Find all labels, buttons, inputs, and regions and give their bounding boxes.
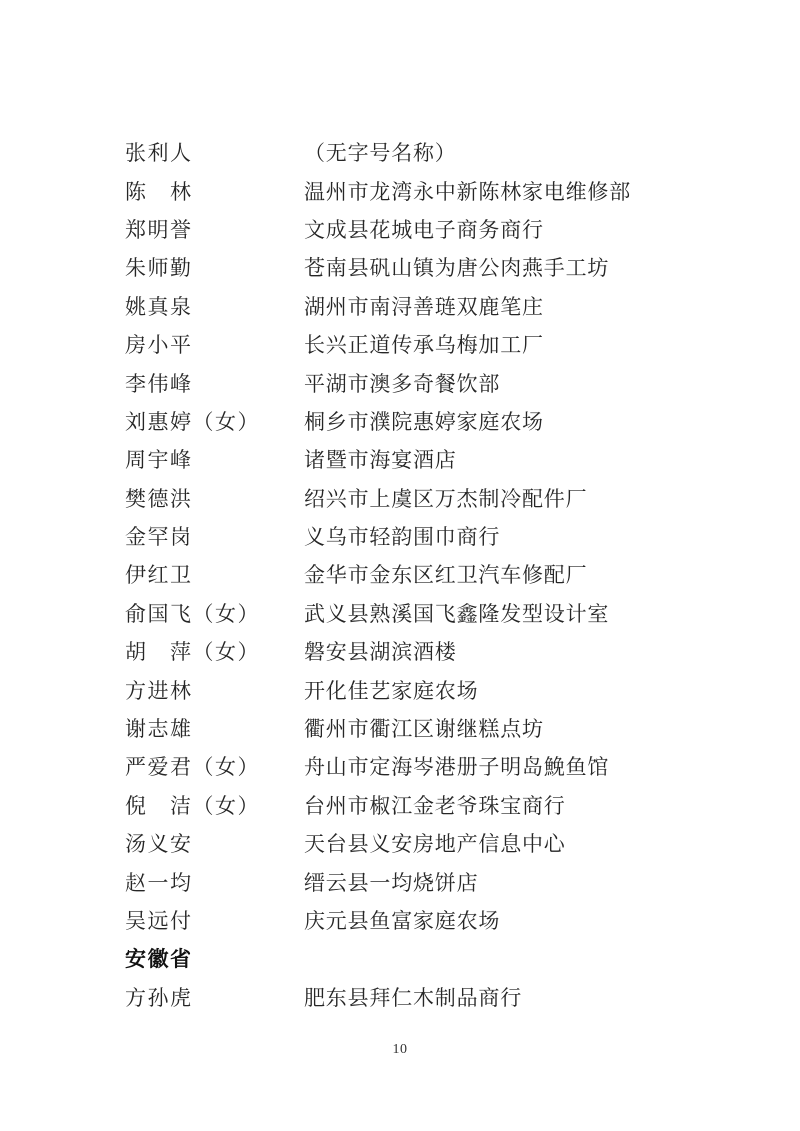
roster-row: 郑明誉文成县花城电子商务商行 — [125, 210, 725, 248]
person-name: 伊红卫 — [125, 559, 304, 589]
roster-row: 朱师勤苍南县矾山镇为唐公肉燕手工坊 — [125, 248, 725, 286]
business-name: 苍南县矾山镇为唐公肉燕手工坊 — [304, 252, 725, 282]
section-header: 安徽省 — [125, 939, 725, 977]
roster-row: 金罕岗义乌市轻韵围巾商行 — [125, 517, 725, 555]
roster-list: 张利人（无字号名称）陈 林温州市龙湾永中新陈林家电维修部郑明誉文成县花城电子商务… — [125, 133, 725, 1016]
page-number: 10 — [393, 1042, 408, 1057]
person-name: 谢志雄 — [125, 713, 304, 743]
person-name: 金罕岗 — [125, 521, 304, 551]
roster-row: 李伟峰平湖市澳多奇餐饮部 — [125, 363, 725, 401]
roster-row: 倪 洁（女）台州市椒江金老爷珠宝商行 — [125, 786, 725, 824]
roster-row: 汤义安天台县义安房地产信息中心 — [125, 824, 725, 862]
business-name: 诸暨市海宴酒店 — [304, 444, 725, 474]
person-name: 周宇峰 — [125, 444, 304, 474]
business-name: 文成县花城电子商务商行 — [304, 214, 725, 244]
person-name: 严爱君（女） — [125, 751, 304, 781]
business-name: 长兴正道传承乌梅加工厂 — [304, 329, 725, 359]
person-name: 陈 林 — [125, 176, 304, 206]
roster-row: 赵一均缙云县一均烧饼店 — [125, 862, 725, 900]
person-name: 姚真泉 — [125, 291, 304, 321]
roster-row: 刘惠婷（女）桐乡市濮院惠婷家庭农场 — [125, 402, 725, 440]
roster-row: 吴远付庆元县鱼富家庭农场 — [125, 901, 725, 939]
roster-row: 姚真泉湖州市南浔善琏双鹿笔庄 — [125, 287, 725, 325]
business-name: 缙云县一均烧饼店 — [304, 867, 725, 897]
business-name: 金华市金东区红卫汽车修配厂 — [304, 559, 725, 589]
business-name: 肥东县拜仁木制品商行 — [304, 982, 725, 1012]
business-name: 台州市椒江金老爷珠宝商行 — [304, 790, 725, 820]
person-name: 方孙虎 — [125, 982, 304, 1012]
person-name: 刘惠婷（女） — [125, 406, 304, 436]
person-name: 樊德洪 — [125, 483, 304, 513]
roster-row: 谢志雄衢州市衢江区谢继糕点坊 — [125, 709, 725, 747]
roster-row: 胡 萍（女）磐安县湖滨酒楼 — [125, 632, 725, 670]
person-name: 方进林 — [125, 675, 304, 705]
business-name: 衢州市衢江区谢继糕点坊 — [304, 713, 725, 743]
person-name: 胡 萍（女） — [125, 636, 304, 666]
business-name: 舟山市定海岑港册子明岛鮸鱼馆 — [304, 751, 725, 781]
business-name: （无字号名称） — [304, 137, 725, 167]
business-name: 武义县熟溪国飞鑫隆发型设计室 — [304, 598, 725, 628]
document-page: 张利人（无字号名称）陈 林温州市龙湾永中新陈林家电维修部郑明誉文成县花城电子商务… — [0, 0, 800, 1131]
person-name: 汤义安 — [125, 828, 304, 858]
roster-row: 陈 林温州市龙湾永中新陈林家电维修部 — [125, 171, 725, 209]
person-name: 倪 洁（女） — [125, 790, 304, 820]
roster-row: 周宇峰诸暨市海宴酒店 — [125, 440, 725, 478]
business-name: 磐安县湖滨酒楼 — [304, 636, 725, 666]
business-name: 平湖市澳多奇餐饮部 — [304, 368, 725, 398]
page-footer: 10 — [0, 1040, 800, 1058]
roster-row: 俞国飞（女）武义县熟溪国飞鑫隆发型设计室 — [125, 594, 725, 632]
person-name: 俞国飞（女） — [125, 598, 304, 628]
roster-row: 樊德洪绍兴市上虞区万杰制冷配件厂 — [125, 479, 725, 517]
roster-row: 方孙虎肥东县拜仁木制品商行 — [125, 978, 725, 1016]
roster-row: 张利人（无字号名称） — [125, 133, 725, 171]
business-name: 庆元县鱼富家庭农场 — [304, 905, 725, 935]
business-name: 开化佳艺家庭农场 — [304, 675, 725, 705]
business-name: 义乌市轻韵围巾商行 — [304, 521, 725, 551]
roster-row: 伊红卫金华市金东区红卫汽车修配厂 — [125, 555, 725, 593]
person-name: 张利人 — [125, 137, 304, 167]
business-name: 天台县义安房地产信息中心 — [304, 828, 725, 858]
business-name: 桐乡市濮院惠婷家庭农场 — [304, 406, 725, 436]
roster-row: 房小平长兴正道传承乌梅加工厂 — [125, 325, 725, 363]
roster-row: 严爱君（女）舟山市定海岑港册子明岛鮸鱼馆 — [125, 747, 725, 785]
person-name: 朱师勤 — [125, 252, 304, 282]
business-name: 绍兴市上虞区万杰制冷配件厂 — [304, 483, 725, 513]
person-name: 赵一均 — [125, 867, 304, 897]
business-name: 温州市龙湾永中新陈林家电维修部 — [304, 176, 725, 206]
person-name: 吴远付 — [125, 905, 304, 935]
person-name: 郑明誉 — [125, 214, 304, 244]
roster-row: 方进林开化佳艺家庭农场 — [125, 670, 725, 708]
person-name: 房小平 — [125, 329, 304, 359]
business-name: 湖州市南浔善琏双鹿笔庄 — [304, 291, 725, 321]
person-name: 李伟峰 — [125, 368, 304, 398]
